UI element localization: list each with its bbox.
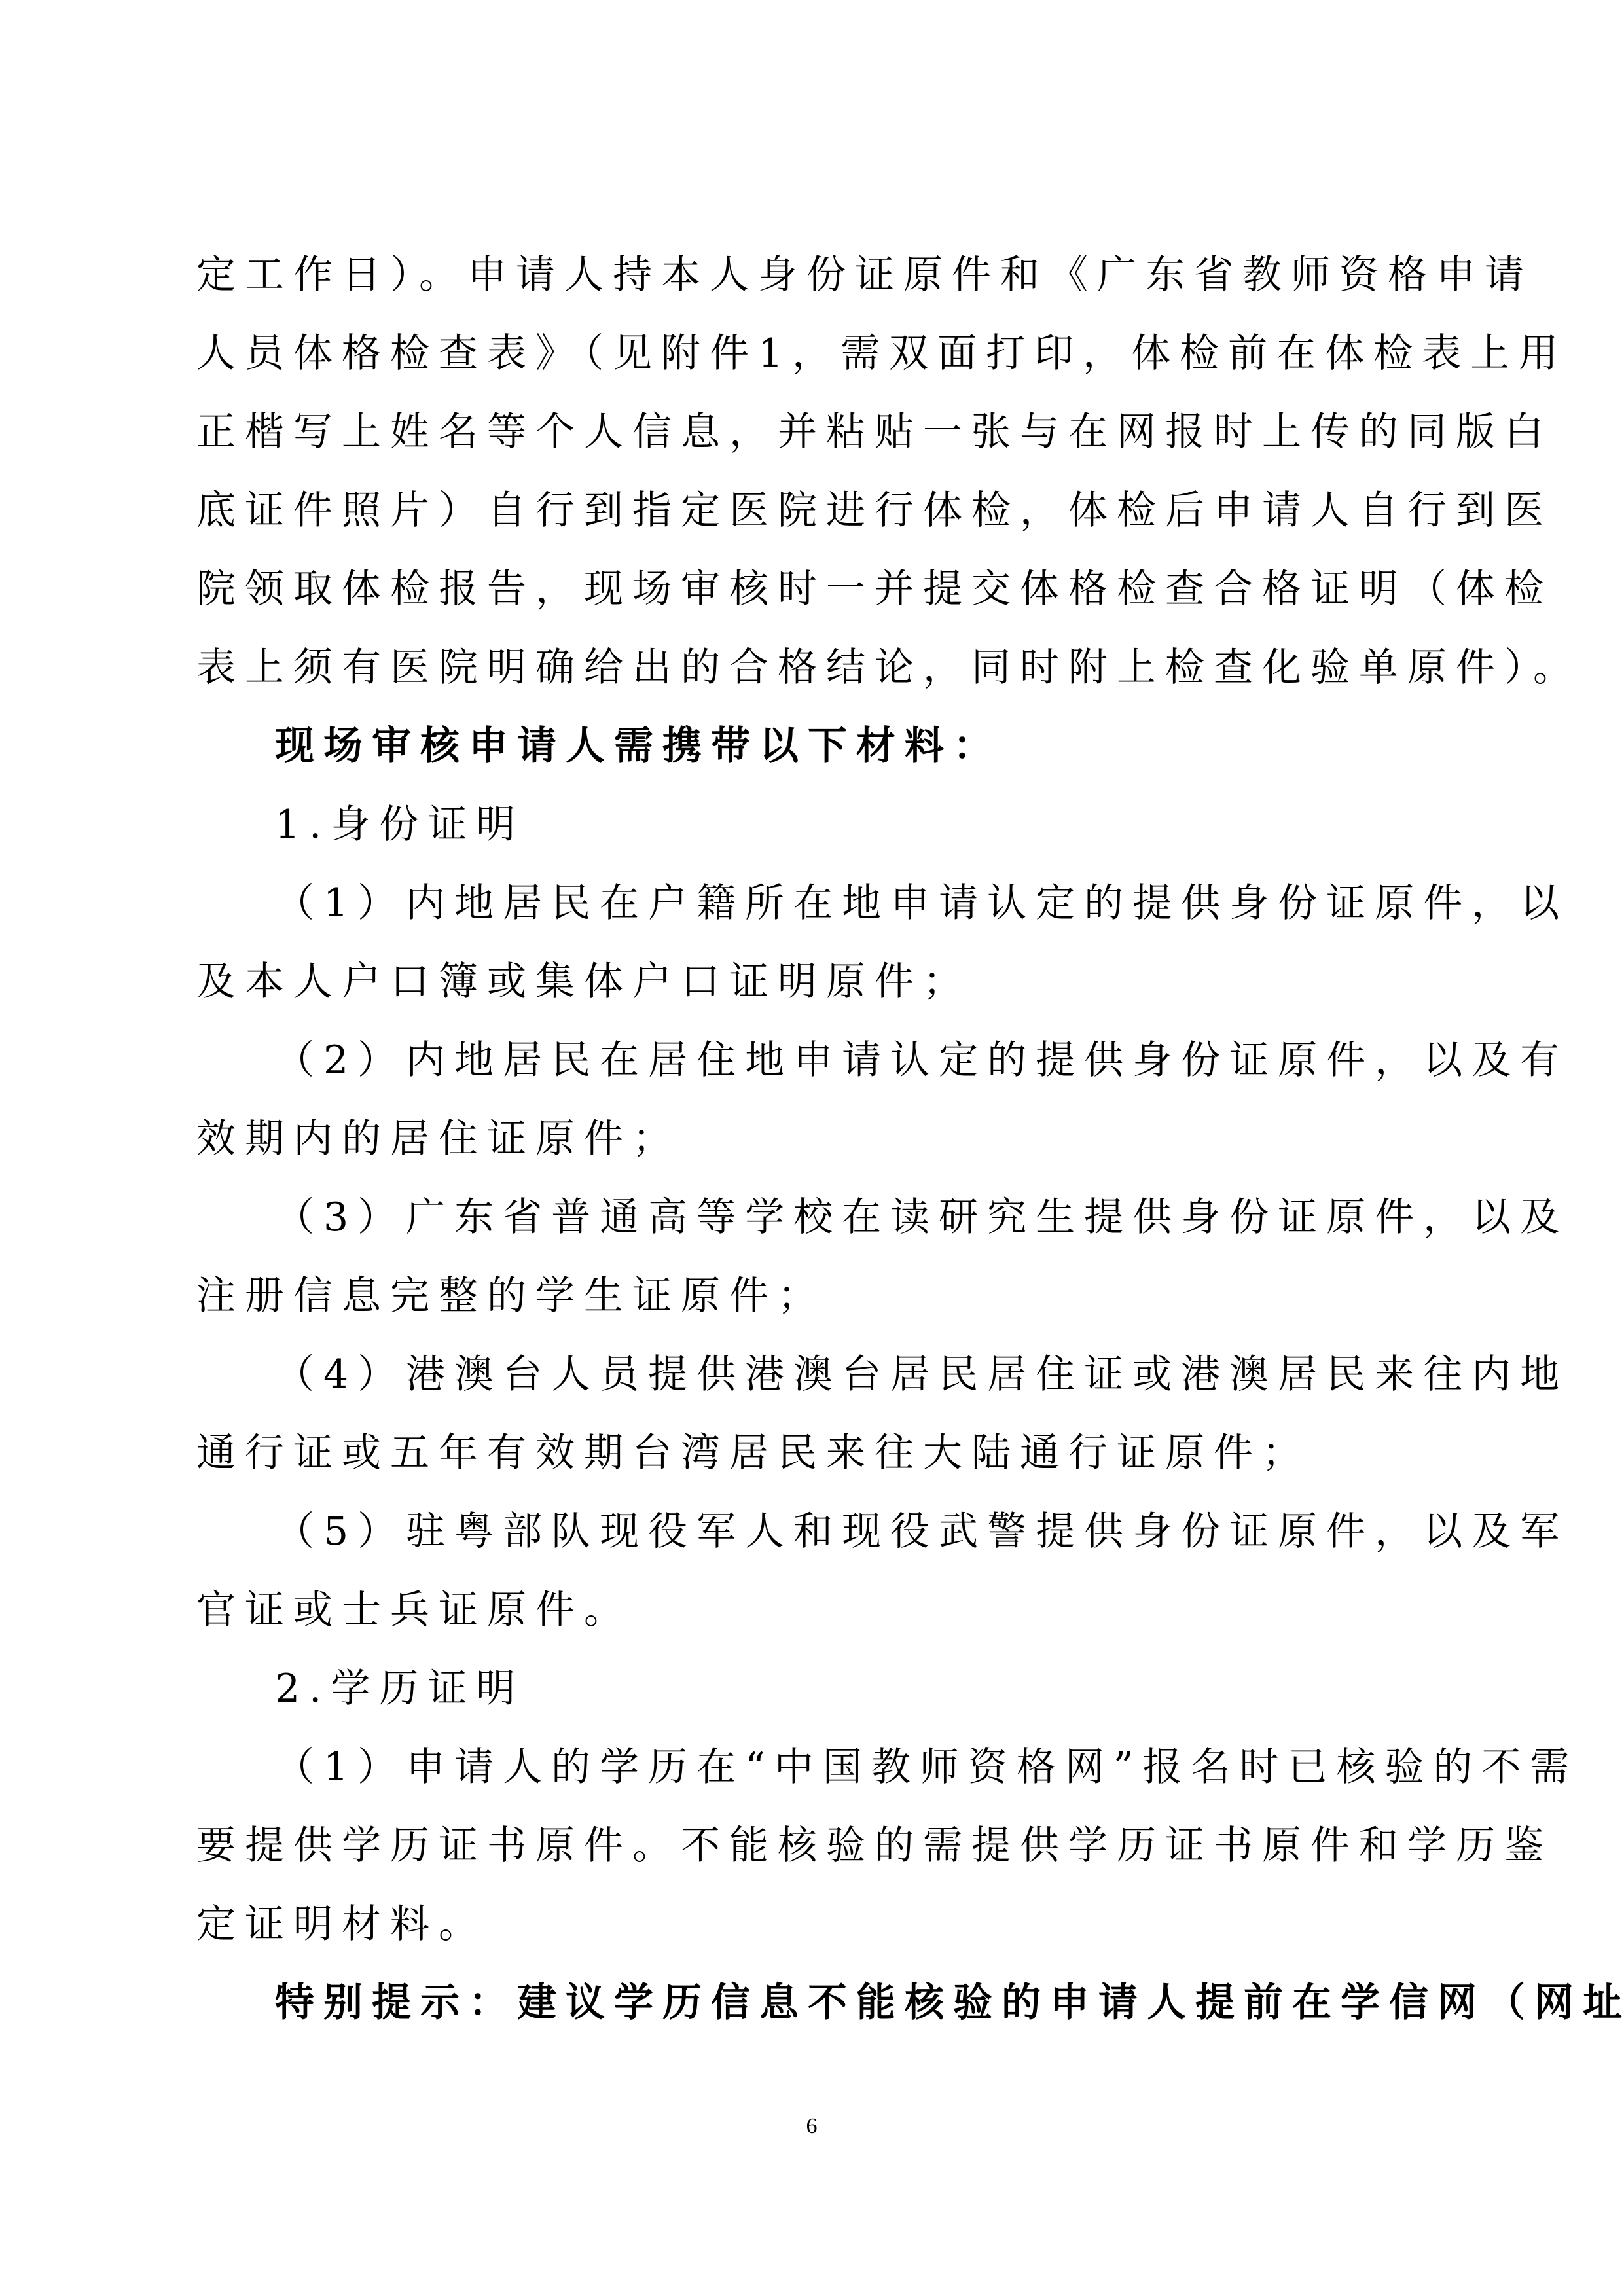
list-item-line: 要提供学历证书原件。不能核验的需提供学历证书原件和学历鉴 [196, 1806, 1415, 1885]
list-item-line: （5）驻粤部队现役军人和现役武警提供身份证原件，以及军 [275, 1492, 1415, 1571]
special-notice: 特别提示：建议学历信息不能核验的申请人提前在学信网（网址： [275, 1964, 1415, 2042]
list-item-line: 官证或士兵证原件。 [196, 1571, 1415, 1649]
list-item-line: 定证明材料。 [196, 1885, 1415, 1964]
paragraph-line: 底证件照片）自行到指定医院进行体检，体检后申请人自行到医 [196, 471, 1415, 550]
section-heading-materials: 现场审核申请人需携带以下材料： [275, 707, 1415, 785]
paragraph-line: 正楷写上姓名等个人信息，并粘贴一张与在网报时上传的同版白 [196, 393, 1415, 471]
subheading-education-proof: 2.学历证明 [275, 1649, 1415, 1728]
list-item-line: （1）申请人的学历在“中国教师资格网”报名时已核验的不需 [275, 1728, 1415, 1806]
list-item-line: （1）内地居民在户籍所在地申请认定的提供身份证原件，以 [275, 864, 1415, 942]
list-item-line: （2）内地居民在居住地申请认定的提供身份证原件，以及有 [275, 1021, 1415, 1100]
list-item-line: （3）广东省普通高等学校在读研究生提供身份证原件，以及 [275, 1178, 1415, 1257]
paragraph-line: 院领取体检报告，现场审核时一并提交体格检查合格证明（体检 [196, 550, 1415, 628]
document-page: 定工作日）。申请人持本人身份证原件和《广东省教师资格申请 人员体格检查表》（见附… [0, 0, 1624, 2296]
paragraph-line: 表上须有医院明确给出的合格结论，同时附上检查化验单原件）。 [196, 628, 1415, 707]
subheading-identity-proof: 1.身份证明 [275, 785, 1415, 864]
list-item-line: （4）港澳台人员提供港澳台居民居住证或港澳居民来往内地 [275, 1335, 1415, 1414]
page-number: 6 [799, 2114, 825, 2139]
list-item-line: 通行证或五年有效期台湾居民来往大陆通行证原件； [196, 1414, 1415, 1492]
paragraph-line: 定工作日）。申请人持本人身份证原件和《广东省教师资格申请 [196, 236, 1415, 314]
paragraph-line: 人员体格检查表》（见附件1，需双面打印，体检前在体检表上用 [196, 314, 1415, 393]
list-item-line: 注册信息完整的学生证原件； [196, 1257, 1415, 1335]
list-item-line: 及本人户口簿或集体户口证明原件； [196, 942, 1415, 1021]
list-item-line: 效期内的居住证原件； [196, 1100, 1415, 1178]
